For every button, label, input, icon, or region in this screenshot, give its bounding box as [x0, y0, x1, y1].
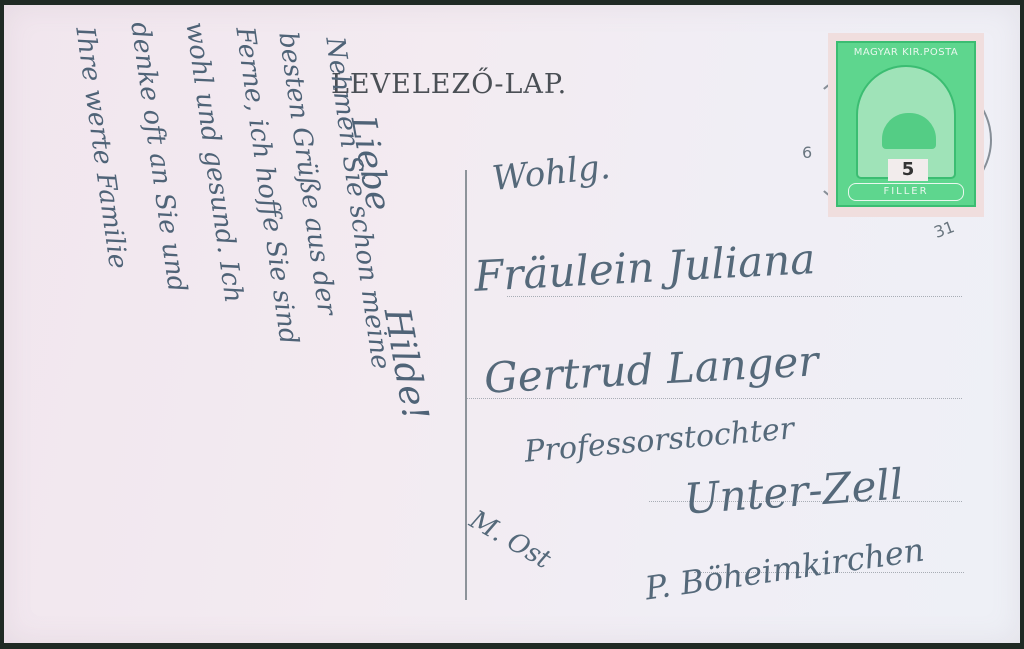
- sender-initials: M. Ost: [464, 505, 555, 575]
- stamp-frame: MAGYAR KIR.POSTA 5 FILLER: [836, 41, 976, 207]
- message-line: denke oft an Sie und: [124, 20, 192, 294]
- stamp-denomination: FILLER: [848, 183, 964, 201]
- address-line-6: P. Böheimkirchen: [643, 531, 927, 608]
- stamp-country-text: MAGYAR KIR.POSTA: [844, 47, 968, 58]
- postmark-lower-text: 31: [931, 217, 957, 242]
- postcard-title: LEVELEZŐ-LAP.: [331, 69, 567, 100]
- address-line-1: Wohlg.: [490, 147, 612, 199]
- postmark-digit: 6: [802, 143, 812, 162]
- postcard: LEVELEZŐ-LAP. 6 31 MAGYAR KIR.POSTA 5 FI…: [4, 5, 1020, 643]
- address-line-5: Unter-Zell: [683, 459, 905, 523]
- address-line-4: Professorstochter: [523, 411, 795, 469]
- center-divider-line: [465, 170, 467, 600]
- postage-stamp: MAGYAR KIR.POSTA 5 FILLER: [828, 33, 984, 217]
- address-line-3: Gertrud Langer: [483, 336, 820, 402]
- address-line: [507, 296, 962, 297]
- stamp-value: 5: [888, 159, 928, 181]
- message-line: Ihre werte Familie: [69, 25, 133, 271]
- address-line-2: Fräulein Juliana: [473, 234, 816, 301]
